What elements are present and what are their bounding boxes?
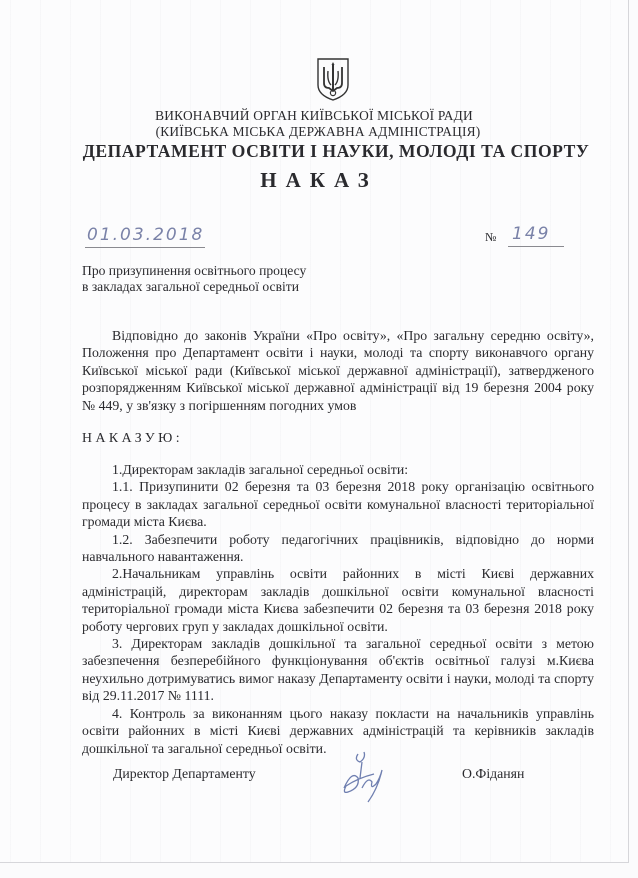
date-value: 01.03.2018 <box>87 225 204 245</box>
order-item: 3. Директорам закладів дошкільної та заг… <box>82 635 594 705</box>
order-item: 2.Начальникам управлінь освіти районних … <box>82 565 594 635</box>
department-title: ДЕПАРТАМЕНТ ОСВІТИ І НАУКИ, МОЛОДІ ТА СП… <box>46 141 626 162</box>
orders-list: 1.Директорам закладів загальної середньо… <box>82 461 594 757</box>
org-name-line-2: (КИЇВСЬКА МІСЬКА ДЕРЖАВНА АДМІНІСТРАЦІЯ) <box>0 124 628 140</box>
number-value: 149 <box>512 224 550 244</box>
preamble: Відповідно до законів України «Про освіт… <box>82 327 594 414</box>
subject-line-1: Про призупинення освітнього процесу <box>82 263 306 279</box>
order-item: 1.2. Забезпечити роботу педагогічних пра… <box>82 531 594 566</box>
number-field: 149 <box>508 224 564 247</box>
order-item: 1.1. Призупинити 02 березня та 03 березн… <box>82 478 594 530</box>
orders-heading: НАКАЗУЮ: <box>82 430 183 446</box>
document-type-title: НАКАЗ <box>0 168 628 193</box>
date-field: 01.03.2018 <box>85 225 205 248</box>
signatory-title: Директор Департаменту <box>113 766 256 782</box>
subject-block: Про призупинення освітнього процесу в за… <box>82 263 306 295</box>
preamble-text: Відповідно до законів України «Про освіт… <box>82 327 594 414</box>
org-name-line-1: ВИКОНАВЧИЙ ОРГАН КИЇВСЬКОЇ МІСЬКОЇ РАДИ <box>0 108 628 124</box>
number-label: № <box>485 230 496 245</box>
signatory-name: О.Фіданян <box>462 766 524 782</box>
subject-line-2: в закладах загальної середньої освіти <box>82 279 306 295</box>
document-page: ВИКОНАВЧИЙ ОРГАН КИЇВСЬКОЇ МІСЬКОЇ РАДИ … <box>0 0 629 863</box>
order-item: 1.Директорам закладів загальної середньо… <box>82 461 594 478</box>
trident-coat-of-arms-icon <box>316 57 350 101</box>
handwritten-signature-icon <box>338 748 392 804</box>
